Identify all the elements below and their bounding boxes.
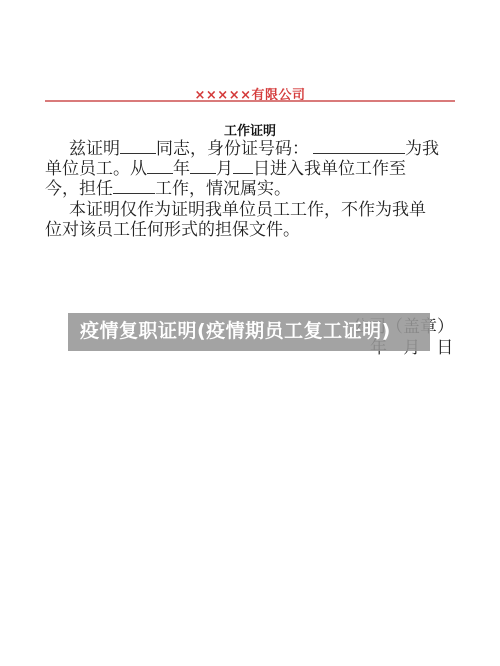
overlay-banner-text: 疫情复职证明(疫情期员工复工证明) xyxy=(80,316,391,343)
day-blank xyxy=(233,158,253,174)
body-line-3: 今，担任工作，情况属实。 xyxy=(45,178,291,199)
letterhead-rule xyxy=(45,100,455,102)
text: 为我 xyxy=(405,139,439,159)
text: 兹证明 xyxy=(69,139,120,159)
body-line-2: 单位员工。从年月日进入我单位工作至 xyxy=(45,158,406,179)
text: 年 xyxy=(173,159,190,179)
text: 日进入我单位工作至 xyxy=(253,159,406,179)
document-title: 工作证明 xyxy=(0,120,500,139)
position-blank xyxy=(113,178,155,194)
text: 同志，身份证号码： xyxy=(156,139,309,159)
year-blank xyxy=(147,158,173,174)
id-blank xyxy=(313,138,405,154)
text: 今，担任 xyxy=(45,179,113,199)
body-line-5: 位对该员工任何形式的担保文件。 xyxy=(45,220,300,240)
body-line-4: 本证明仅作为证明我单位员工工作，不作为我单 xyxy=(69,200,426,220)
text: 单位员工。从 xyxy=(45,159,147,179)
name-blank xyxy=(120,138,156,154)
text: 月 xyxy=(216,159,233,179)
month-blank xyxy=(190,158,216,174)
text: 工作，情况属实。 xyxy=(155,179,291,199)
body-line-1: 兹证明同志，身份证号码：为我 xyxy=(69,138,439,159)
